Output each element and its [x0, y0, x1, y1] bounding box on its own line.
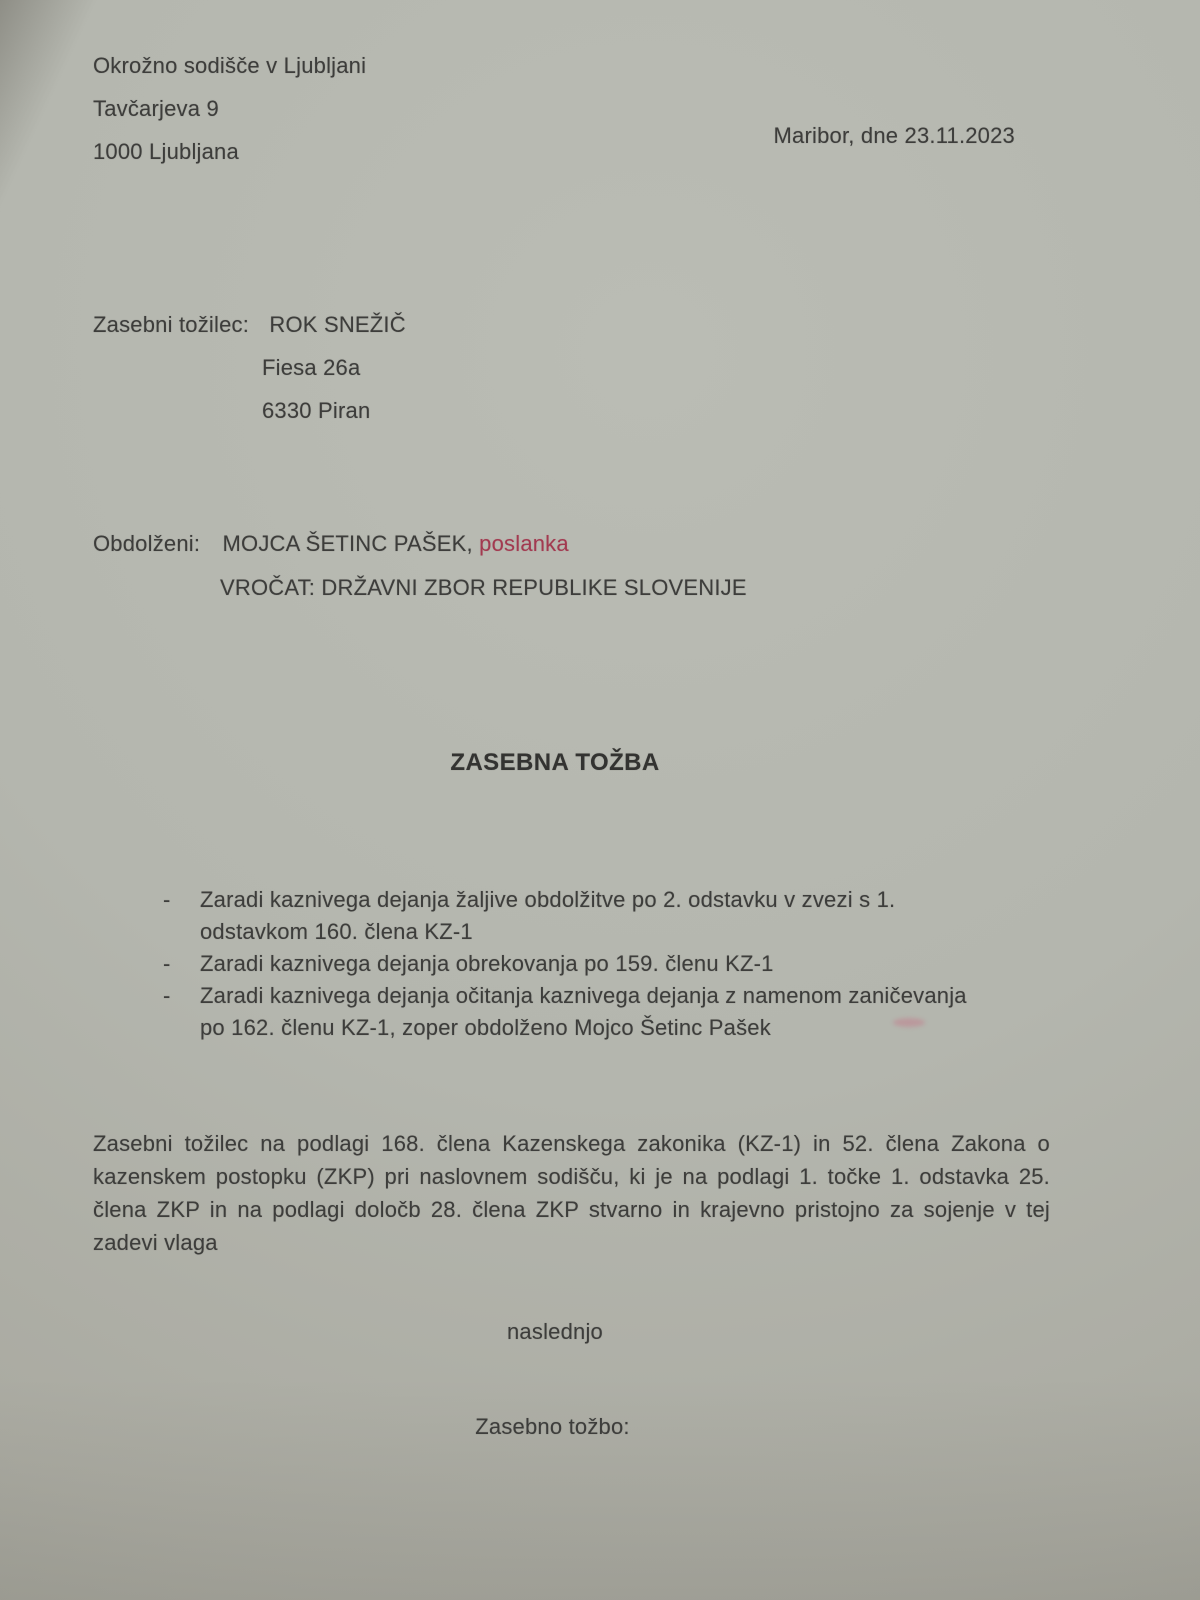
plaintiff-street: Fiesa 26a [93, 346, 406, 389]
charge-dash-marker: - [163, 980, 200, 1044]
plaintiff-row: Zasebni tožilec: ROK SNEŽIČ [93, 303, 406, 346]
body-paragraph-line: zadevi vlaga [93, 1226, 1050, 1259]
charge-item: - Zaradi kaznivega dejanja obrekovanja p… [163, 948, 980, 980]
court-name: Okrožno sodišče v Ljubljani [93, 44, 366, 87]
plaintiff-block: Zasebni tožilec: ROK SNEŽIČ Fiesa 26a 63… [93, 303, 406, 432]
body-paragraph: Zasebni tožilec na podlagi 168. člena Ka… [93, 1127, 1050, 1259]
body-paragraph-line: člena ZKP in na podlagi določb 28. člena… [93, 1193, 1050, 1226]
scanned-document-page: Okrožno sodišče v Ljubljani Tavčarjeva 9… [0, 0, 1200, 1600]
defendant-row: Obdolženi: MOJCA ŠETINC PAŠEK, poslanka [93, 522, 747, 566]
charge-dash-marker: - [163, 884, 200, 948]
plaintiff-name: ROK SNEŽIČ [269, 312, 405, 337]
charge-text: Zaradi kaznivega dejanja žaljive obdolži… [200, 884, 980, 948]
body-paragraph-line: Zasebni tožilec na podlagi 168. člena Ka… [93, 1127, 1050, 1160]
dateline: Maribor, dne 23.11.2023 [774, 123, 1015, 149]
filing-title: Zasebno tožbo: [0, 1414, 1105, 1440]
delivery-note: VROČAT: DRŽAVNI ZBOR REPUBLIKE SLOVENIJE [93, 566, 747, 610]
defendant-name: MOJCA ŠETINC PAŠEK, [223, 531, 473, 556]
defendant-role: poslanka [479, 531, 569, 556]
document-title: ZASEBNA TOŽBA [0, 749, 1110, 777]
charges-list: - Zaradi kaznivega dejanja žaljive obdol… [163, 884, 980, 1044]
court-city: 1000 Ljubljana [93, 130, 366, 173]
closing-word: naslednjo [0, 1319, 1110, 1345]
court-address-block: Okrožno sodišče v Ljubljani Tavčarjeva 9… [93, 44, 366, 173]
charge-text: Zaradi kaznivega dejanja očitanja kazniv… [200, 980, 980, 1044]
plaintiff-label: Zasebni tožilec: [93, 312, 249, 337]
charge-item: - Zaradi kaznivega dejanja žaljive obdol… [163, 884, 980, 948]
charge-dash-marker: - [163, 948, 200, 980]
defendant-block: Obdolženi: MOJCA ŠETINC PAŠEK, poslanka … [93, 522, 747, 610]
plaintiff-city: 6330 Piran [93, 389, 406, 432]
pink-smudge-mark [893, 1018, 925, 1027]
court-street: Tavčarjeva 9 [93, 87, 366, 130]
body-paragraph-line: kazenskem postopku (ZKP) pri naslovnem s… [93, 1160, 1050, 1193]
charge-text: Zaradi kaznivega dejanja obrekovanja po … [200, 948, 980, 980]
charge-item: - Zaradi kaznivega dejanja očitanja kazn… [163, 980, 980, 1044]
defendant-label: Obdolženi: [93, 531, 200, 556]
